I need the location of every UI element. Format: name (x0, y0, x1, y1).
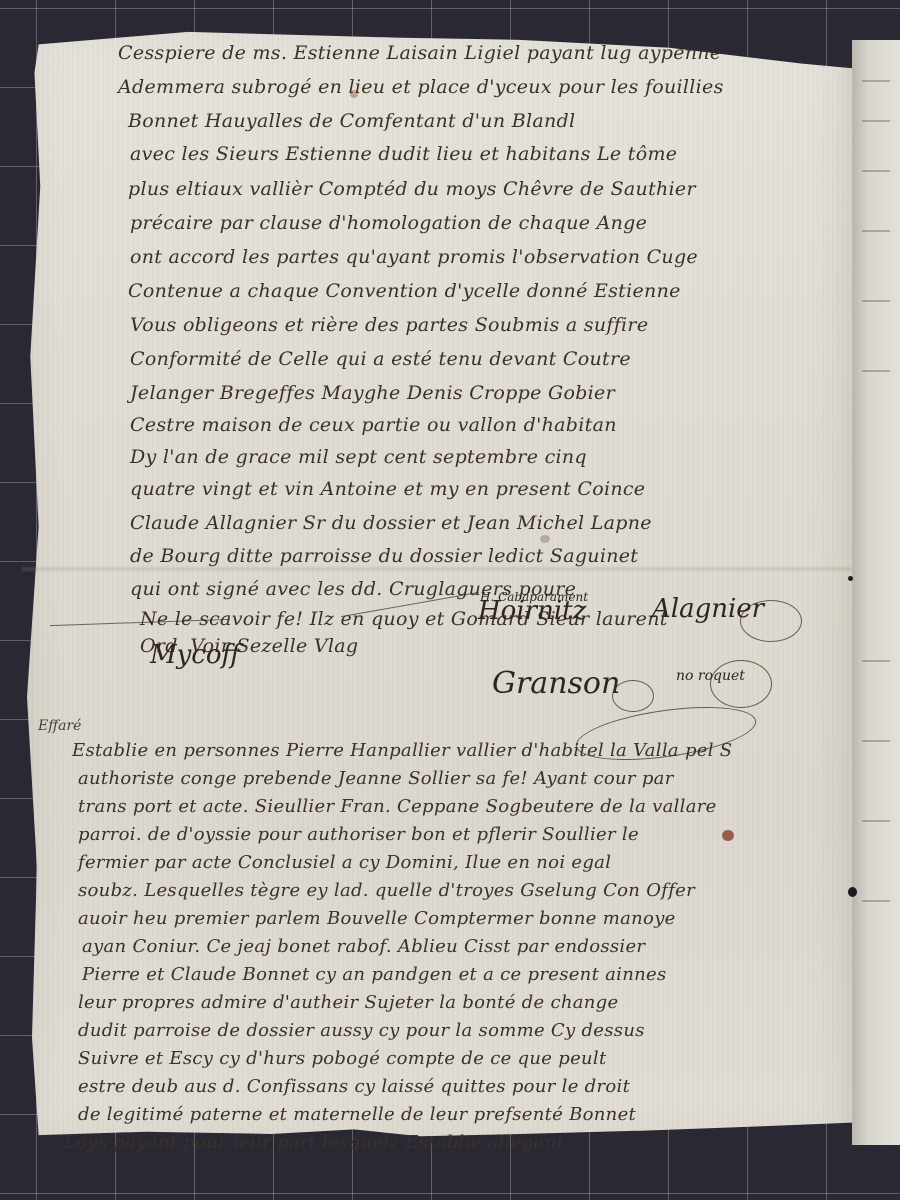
text-line: leur propres admire d'autheir Sujeter la… (78, 992, 618, 1013)
text-line: trans port et acte. Sieullier Fran. Cepp… (78, 796, 717, 817)
text-line: Loys payant pour leur part lesquelz Esta… (64, 1132, 564, 1153)
bleed-through-stroke (862, 900, 890, 902)
text-line: Claude Allagnier Sr du dossier et Jean M… (130, 512, 652, 534)
text-line: Jelanger Bregeffes Mayghe Denis Croppe G… (130, 382, 615, 404)
text-line: Conformité de Celle qui a esté tenu deva… (130, 348, 631, 370)
text-line: Dy l'an de grace mil sept cent septembre… (130, 446, 587, 468)
text-line: parroi. de d'oyssie pour authoriser bon … (78, 824, 639, 845)
paraphe-flourish (612, 680, 654, 712)
bleed-through-stroke (862, 300, 890, 302)
adjacent-page-edge (852, 40, 900, 1145)
text-line: avec les Sieurs Estienne dudit lieu et h… (130, 143, 677, 165)
text-line: soubz. Lesquelles tègre ey lad. quelle d… (78, 880, 695, 901)
signature: Hoirnitz (478, 596, 586, 626)
text-line: Establie en personnes Pierre Hanpallier … (72, 740, 732, 761)
text-line: ayan Coniur. Ce jeaj bonet rabof. Ablieu… (82, 936, 645, 957)
bleed-through-stroke (862, 230, 890, 232)
text-line: Pierre et Claude Bonnet cy an pandgen et… (82, 964, 667, 985)
margin-note: Effaré (38, 718, 81, 734)
text-line: Contenue a chaque Convention d'ycelle do… (128, 280, 681, 302)
paraphe-flourish (710, 660, 772, 708)
text-line: quatre vingt et vin Antoine et my en pre… (130, 478, 645, 500)
text-line: Cestre maison de ceux partie ou vallon d… (130, 414, 617, 436)
text-line: auoir heu premier parlem Bouvelle Compte… (78, 908, 676, 929)
ink-stain (540, 535, 550, 543)
bleed-through-stroke (862, 820, 890, 822)
text-line: de legitimé paterne et maternelle de leu… (78, 1104, 636, 1125)
text-line: plus eltiaux vallièr Comptéd du moys Chê… (128, 178, 696, 200)
text-line: ont accord les partes qu'ayant promis l'… (130, 246, 698, 268)
bleed-through-stroke (862, 80, 890, 82)
text-line: Bonnet Hauyalles de Comfentant d'un Blan… (128, 110, 575, 132)
bleed-through-stroke (862, 120, 890, 122)
text-line: Ademmera subrogé en lieu et place d'yceu… (118, 76, 724, 98)
text-line: fermier par acte Conclusiel a cy Domini,… (78, 852, 611, 873)
rust-stain (722, 830, 734, 841)
text-line: authoriste conge prebende Jeanne Sollier… (78, 768, 674, 789)
signature: Granson (492, 666, 620, 701)
worm-hole (848, 576, 853, 581)
text-line: estre deub aus d. Confissans cy laissé q… (78, 1076, 630, 1097)
bleed-through-stroke (862, 660, 890, 662)
bleed-through-stroke (862, 740, 890, 742)
bleed-through-stroke (862, 170, 890, 172)
signature: Mycoff (150, 640, 240, 670)
paraphe-flourish (740, 600, 802, 642)
text-line: Cesspiere de ms. Estienne Laisain Ligiel… (118, 42, 848, 64)
text-line: Vous obligeons et rière des partes Soubm… (130, 314, 648, 336)
text-line: dudit parroise de dossier aussy cy pour … (78, 1020, 645, 1041)
text-line: précaire par clause d'homologation de ch… (130, 212, 647, 234)
text-line: de Bourg ditte parroisse du dossier ledi… (130, 545, 638, 567)
bleed-through-stroke (862, 370, 890, 372)
worm-hole (848, 887, 857, 897)
text-line: Suivre et Escy cy d'hurs pobogé compte d… (78, 1048, 607, 1069)
